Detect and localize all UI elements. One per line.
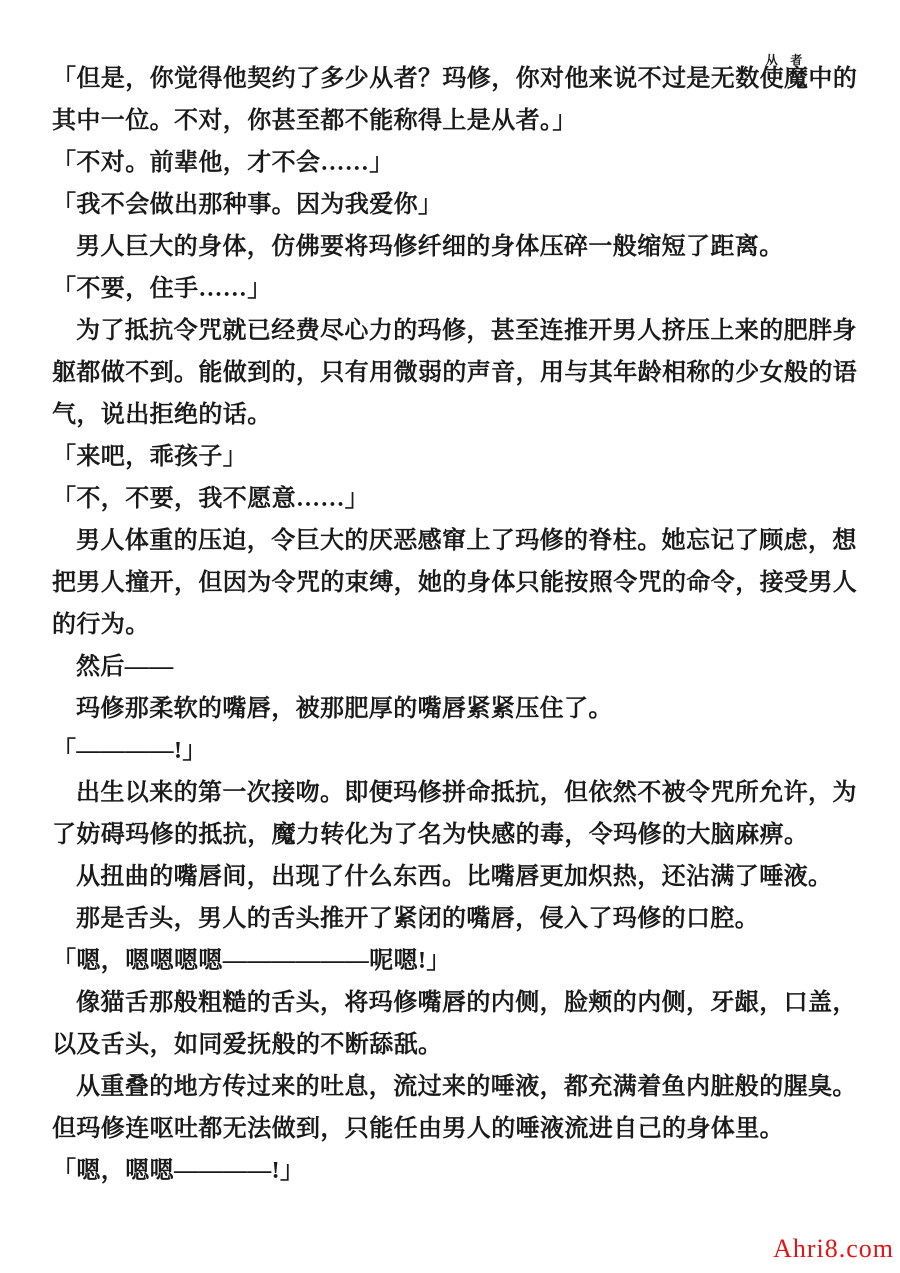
text-segment: 「不，不要，我不愿意……」 [52,486,369,512]
text-line: 「――――!」 [52,730,860,772]
text-line: 「不要，住手……」 [52,268,860,310]
text-segment: 玛修那柔软的嘴唇，被那肥厚的嘴唇紧紧压住了。 [76,696,613,722]
text-line: 躯都做不到。能做到的，只有用微弱的声音，用与其年龄相称的少女般的语 [52,352,860,394]
text-segment: 气，说出拒绝的话。 [52,402,272,428]
text-segment: 男人体重的压迫，令巨大的厌恶感窜上了玛修的脊柱。她忘记了顾虑，想 [76,528,857,554]
text-line: 从扭曲的嘴唇间，出现了什么东西。比嘴唇更加炽热，还沾满了唾液。 [52,856,860,898]
text-line: 但玛修连呕吐都无法做到，只能任由男人的唾液流进自己的身体里。 [52,1108,860,1150]
text-line: 的行为。 [52,604,860,646]
text-segment: 其中一位。不对，你甚至都不能称得上是从者。」 [52,108,577,134]
text-line: 男人巨大的身体，仿佛要将玛修纤细的身体压碎一般缩短了距离。 [52,226,860,268]
text-line: 男人体重的压迫，令巨大的厌恶感窜上了玛修的脊柱。她忘记了顾虑，想 [52,520,860,562]
text-segment: 把男人撞开，但因为令咒的束缚，她的身体只能按照令咒的命令，接受男人 [52,570,857,596]
text-line: 从重叠的地方传过来的吐息，流过来的唾液，都充满着鱼内脏般的腥臭。 [52,1066,860,1108]
text-line: 像猫舌那般粗糙的舌头，将玛修嘴唇的内侧，脸颊的内侧，牙龈，口盖， [52,982,860,1024]
novel-page: 「但是，你觉得他契约了多少从者？玛修，你对他来说不过是无数使魔从者中的其中一位。… [0,0,900,1273]
ruby-annotation: 从者 [760,54,809,66]
text-segment: 的行为。 [52,612,150,638]
text-line: 玛修那柔软的嘴唇，被那肥厚的嘴唇紧紧压住了。 [52,688,860,730]
text-block: 「但是，你觉得他契约了多少从者？玛修，你对他来说不过是无数使魔从者中的其中一位。… [52,58,860,1192]
text-line: 「嗯，嗯嗯――――!」 [52,1150,860,1192]
text-segment: 了妨碍玛修的抵抗，魔力转化为了名为快感的毒，令玛修的大脑麻痹。 [52,822,808,848]
text-line: 「嗯，嗯嗯嗯嗯――――――呢嗯!」 [52,940,860,982]
text-line: 「我不会做出那种事。因为我爱你」 [52,184,860,226]
text-segment: 像猫舌那般粗糙的舌头，将玛修嘴唇的内侧，脸颊的内侧，牙龈，口盖， [76,990,857,1016]
text-line: 然后―― [52,646,860,688]
text-line: 把男人撞开，但因为令咒的束缚，她的身体只能按照令咒的命令，接受男人 [52,562,860,604]
text-segment: 然后―― [76,654,174,680]
ruby-base: 使魔从者 [760,58,809,100]
text-line: 「来吧，乖孩子」 [52,436,860,478]
text-segment: 但玛修连呕吐都无法做到，只能任由男人的唾液流进自己的身体里。 [52,1116,784,1142]
text-segment: 以及舌头，如同爱抚般的不断舔舐。 [52,1032,442,1058]
text-segment: 男人巨大的身体，仿佛要将玛修纤细的身体压碎一般缩短了距离。 [76,234,784,260]
text-line: 为了抵抗令咒就已经费尽心力的玛修，甚至连推开男人挤压上来的肥胖身 [52,310,860,352]
text-segment: 为了抵抗令咒就已经费尽心力的玛修，甚至连推开男人挤压上来的肥胖身 [76,318,857,344]
text-segment: 躯都做不到。能做到的，只有用微弱的声音，用与其年龄相称的少女般的语 [52,360,857,386]
text-segment: 中的 [808,66,857,92]
text-segment: 「但是，你觉得他契约了多少从者？玛修，你对他来说不过是无数 [52,66,760,92]
text-segment: 从扭曲的嘴唇间，出现了什么东西。比嘴唇更加炽热，还沾满了唾液。 [76,864,832,890]
text-line: 「不，不要，我不愿意……」 [52,478,860,520]
text-line: 其中一位。不对，你甚至都不能称得上是从者。」 [52,100,860,142]
text-segment: 「不要，住手……」 [52,276,272,302]
text-segment: 从重叠的地方传过来的吐息，流过来的唾液，都充满着鱼内脏般的腥臭。 [76,1074,857,1100]
text-line: 「不对。前辈他，才不会……」 [52,142,860,184]
text-segment: 那是舌头，男人的舌头推开了紧闭的嘴唇，侵入了玛修的口腔。 [76,906,759,932]
text-line: 气，说出拒绝的话。 [52,394,860,436]
text-line: 那是舌头，男人的舌头推开了紧闭的嘴唇，侵入了玛修的口腔。 [52,898,860,940]
text-line: 出生以来的第一次接吻。即便玛修拼命抵抗，但依然不被令咒所允许，为 [52,772,860,814]
text-segment: 出生以来的第一次接吻。即便玛修拼命抵抗，但依然不被令咒所允许，为 [76,780,857,806]
text-segment: 「不对。前辈他，才不会……」 [52,150,394,176]
text-segment: 「我不会做出那种事。因为我爱你」 [52,192,442,218]
text-segment: 「来吧，乖孩子」 [52,444,247,470]
text-line: 以及舌头，如同爱抚般的不断舔舐。 [52,1024,860,1066]
watermark: Ahri8.com [773,1234,894,1264]
text-segment: 「嗯，嗯嗯嗯嗯――――――呢嗯!」 [52,948,451,974]
text-segment: 「――――!」 [52,738,207,764]
text-line: 「但是，你觉得他契约了多少从者？玛修，你对他来说不过是无数使魔从者中的 [52,58,860,100]
text-segment: 「嗯，嗯嗯――――!」 [52,1158,304,1184]
text-line: 了妨碍玛修的抵抗，魔力转化为了名为快感的毒，令玛修的大脑麻痹。 [52,814,860,856]
